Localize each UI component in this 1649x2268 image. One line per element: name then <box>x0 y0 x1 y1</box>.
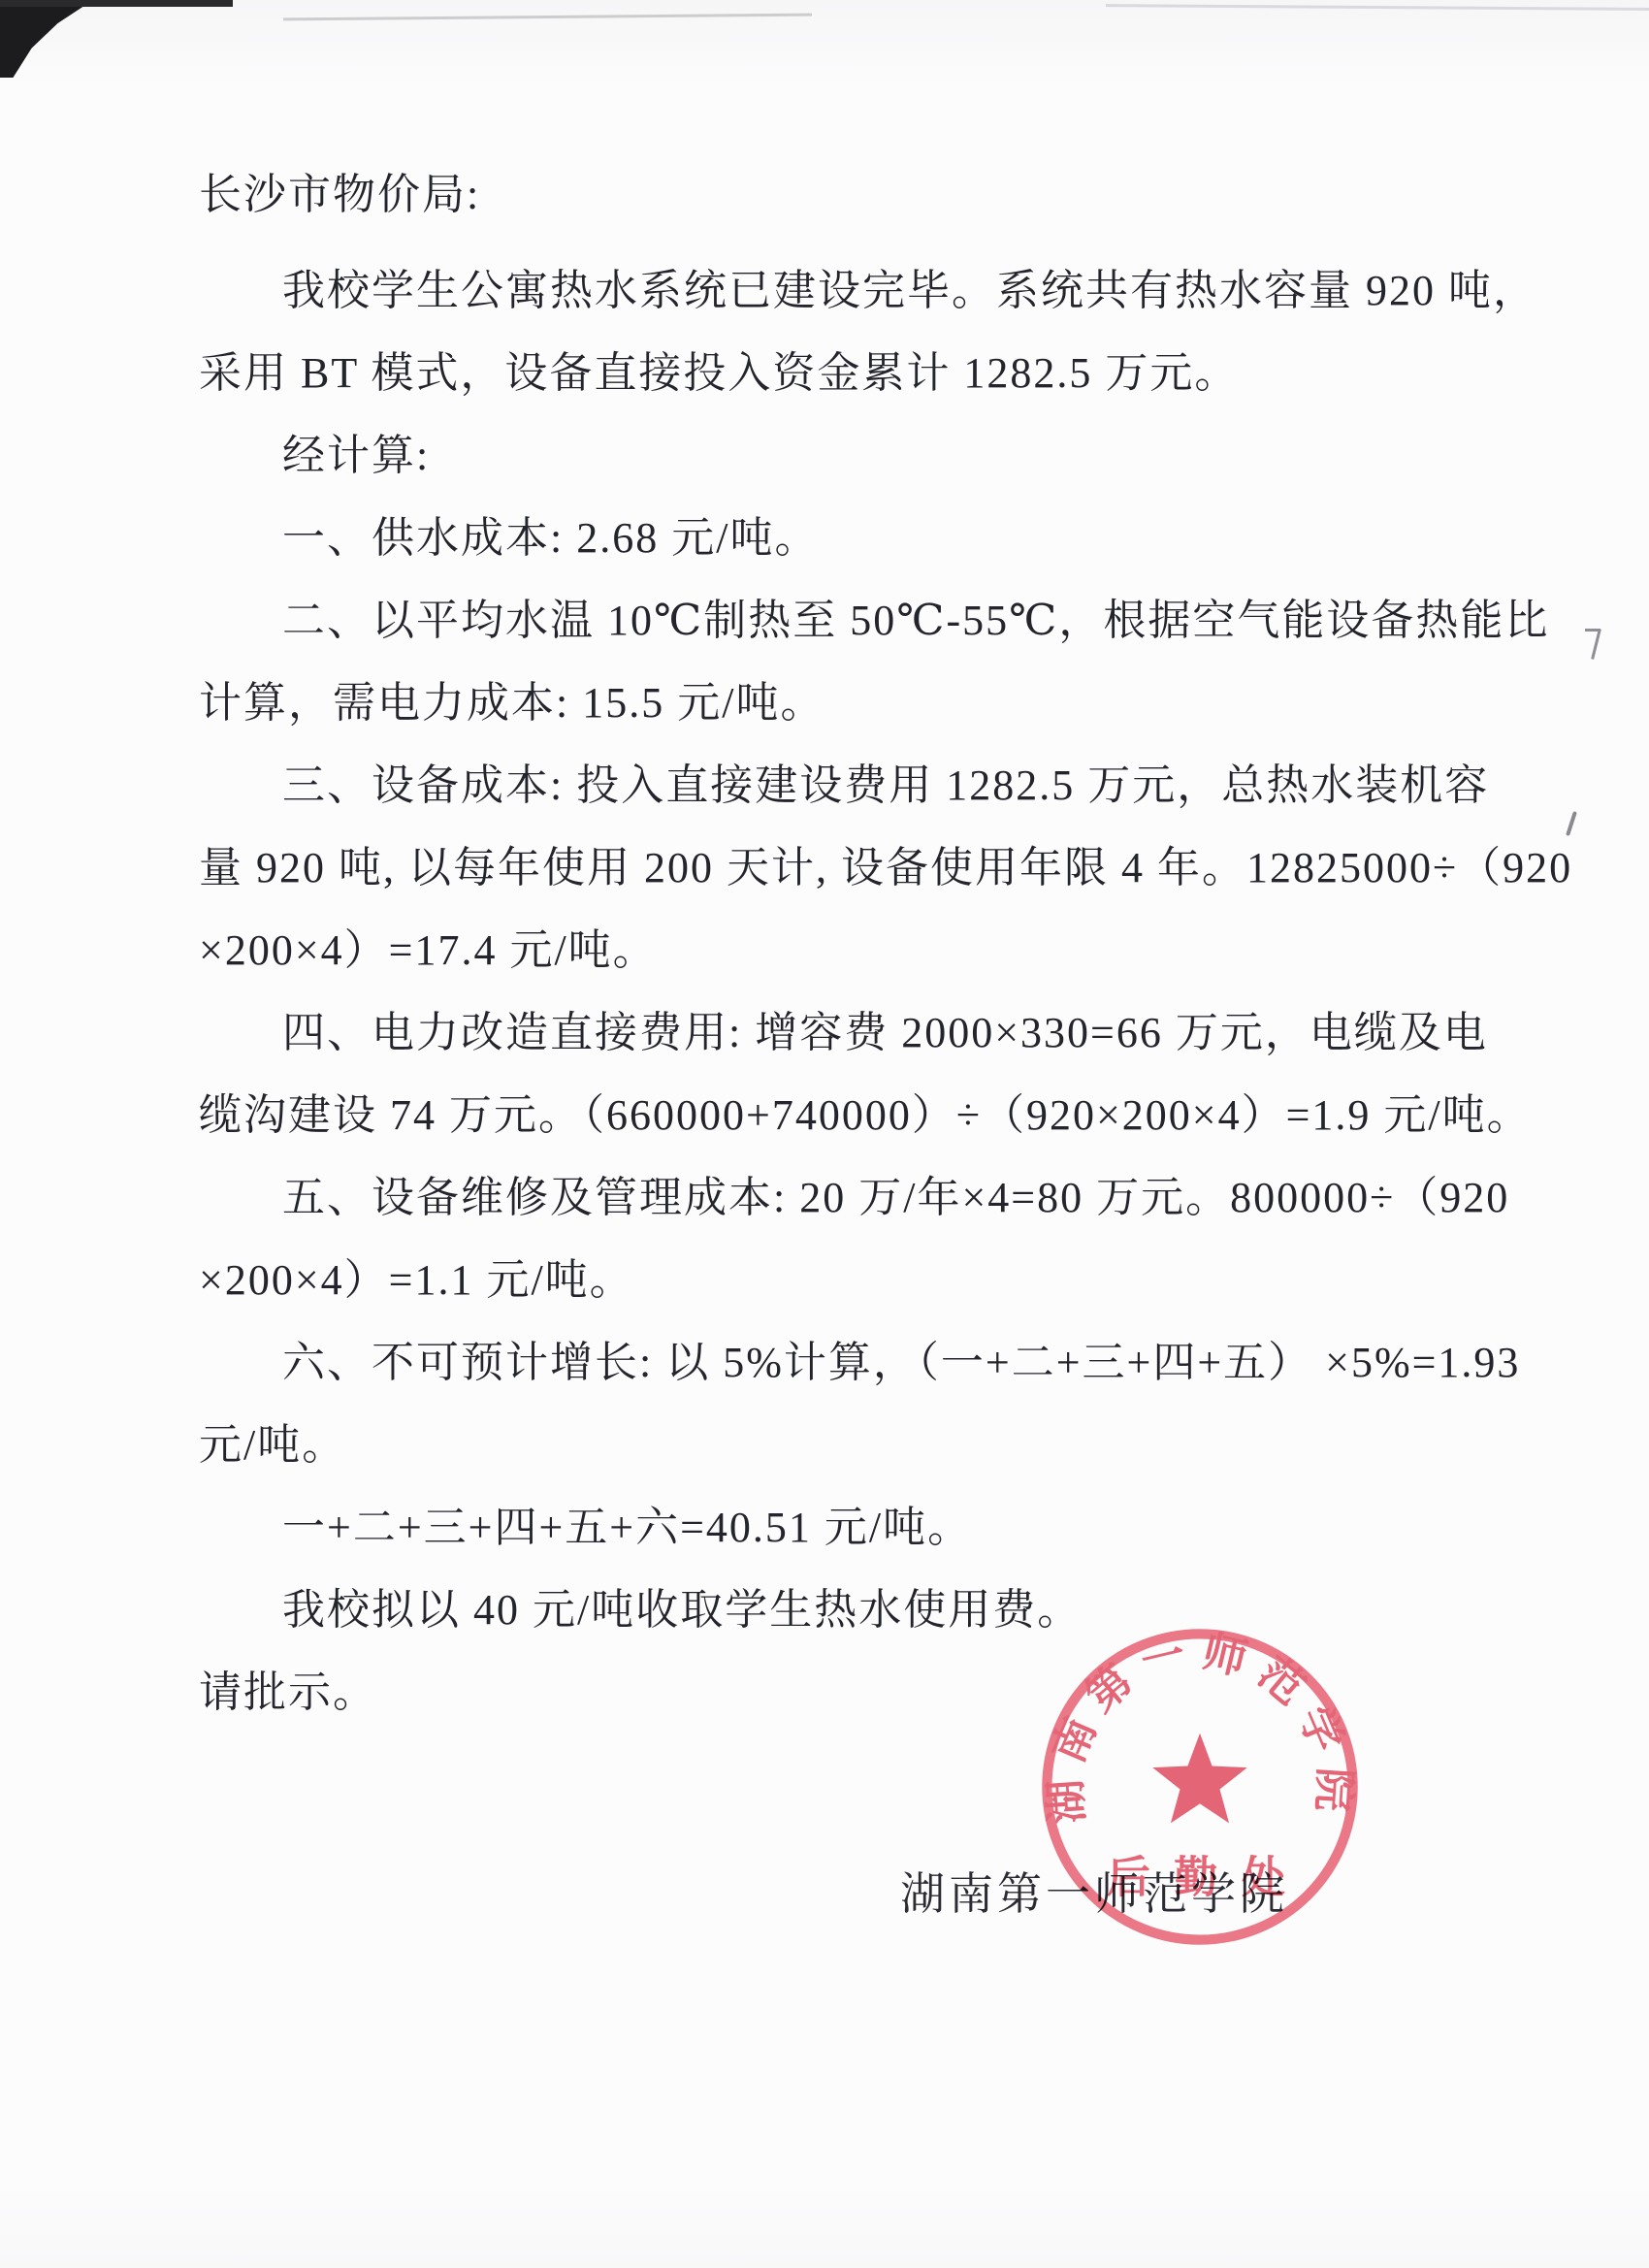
text-line-item-2: 二、以平均水温 10℃制热至 50℃-55℃，根据空气能设备热能比 <box>199 579 1426 662</box>
scan-artifact-hook <box>1583 629 1604 662</box>
text-line: 我校学生公寓热水系统已建设完毕。系统共有热水容量 920 吨， <box>199 249 1426 332</box>
salutation: 长沙市物价局: <box>199 153 1426 236</box>
text-line-proposal: 我校拟以 40 元/吨收取学生热水使用费。 <box>199 1569 1426 1651</box>
text-line-item-4: 四、电力改造直接费用: 增容费 2000×330=66 万元，电缆及电 <box>199 991 1426 1074</box>
text-line: ×200×4）=1.1 元/吨。 <box>199 1239 1426 1321</box>
text-line: 缆沟建设 74 万元。（660000+740000）÷（920×200×4）=1… <box>199 1074 1426 1156</box>
scan-artifact-line-right <box>1106 4 1649 11</box>
scan-artifact-top-strip <box>0 0 233 7</box>
text-line: ×200×4）=17.4 元/吨。 <box>199 909 1426 991</box>
text-line-item-1: 一、供水成本: 2.68 元/吨。 <box>199 497 1426 579</box>
text-line: 经计算: <box>199 414 1426 497</box>
text-line-item-5: 五、设备维修及管理成本: 20 万/年×4=80 万元。800000÷（920 <box>199 1156 1426 1239</box>
text-line: 元/吨。 <box>199 1404 1426 1486</box>
text-line: 采用 BT 模式，设备直接投入资金累计 1282.5 万元。 <box>199 332 1426 414</box>
letter-body: 长沙市物价局: 我校学生公寓热水系统已建设完毕。系统共有热水容量 920 吨， … <box>199 153 1426 1733</box>
text-line: 量 920 吨, 以每年使用 200 天计, 设备使用年限 4 年。128250… <box>199 826 1426 909</box>
scan-artifact-line-left <box>283 14 812 21</box>
text-line-item-6: 六、不可预计增长: 以 5%计算，（一+二+三+四+五） ×5%=1.93 <box>199 1321 1426 1404</box>
scan-artifact-tick <box>1566 811 1577 836</box>
text-line: 计算，需电力成本: 15.5 元/吨。 <box>199 662 1426 744</box>
scan-artifact-corner <box>0 0 93 78</box>
text-line-total: 一+二+三+四+五+六=40.51 元/吨。 <box>199 1486 1426 1569</box>
closing-line: 请批示。 <box>199 1651 1426 1733</box>
scanned-letter-page: 长沙市物价局: 我校学生公寓热水系统已建设完毕。系统共有热水容量 920 吨， … <box>0 0 1649 2268</box>
seal-star-icon <box>1152 1733 1246 1824</box>
text-line-item-3: 三、设备成本: 投入直接建设费用 1282.5 万元，总热水装机容 <box>199 744 1426 826</box>
signature-school-name: 湖南第一师范学院 <box>900 1859 1288 1923</box>
